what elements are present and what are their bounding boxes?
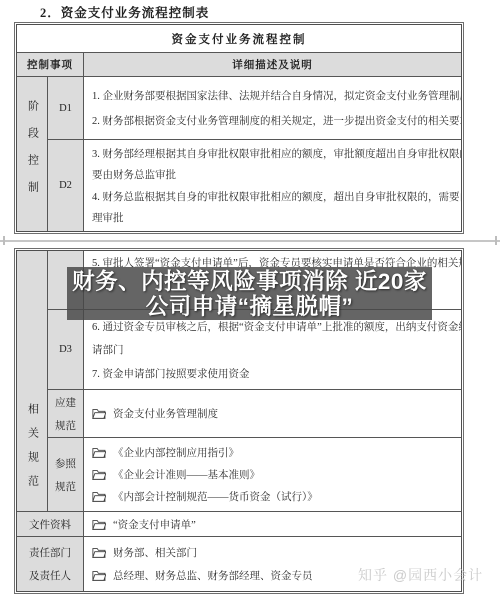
list-item: 资金支付业务管理制度 [92, 406, 455, 421]
table-title: 资金支付业务流程控制 [17, 25, 461, 53]
specs-yingjian-label: 应建 规范 [48, 390, 84, 438]
step-line: 要由财务总监审批 [92, 167, 455, 182]
header-description: 详细描述及说明 [84, 53, 461, 77]
stage-d1-label: D1 [48, 77, 84, 140]
label-line: 责任部门 [29, 545, 71, 560]
list-item: 《企业会计准则——基本准则》 [92, 467, 455, 482]
stage-d1-content: 1. 企业财务部要根据国家法律、法规并结合自身情况，拟定资金支付业务管理制度 2… [84, 77, 461, 140]
label-line: 规范 [55, 479, 76, 494]
step-line: 4. 财务总监根据其自身的审批权限审批相应的额度，超出自身审批权限的，需要由总经 [92, 189, 455, 204]
specs-group-cell: 相关规范 [17, 390, 48, 512]
doc-heading: 2．资金支付业务流程控制表 [40, 3, 209, 21]
specs-yingjian-content: 资金支付业务管理制度 [84, 390, 461, 438]
list-item-text: 总经理、财务总监、财务部经理、资金专员 [113, 568, 313, 583]
specs-canzhao-label: 参照 规范 [48, 438, 84, 512]
stage-d3-content: 6. 通过资金专员审核之后，根据“资金支付申请单”上批准的额度，出纳支付资金给申… [84, 310, 461, 390]
specs-group-label: 相关规范 [27, 403, 38, 499]
caption-line-2: 公司申请“摘星脱帽” [146, 294, 354, 319]
list-item-text: 资金支付业务管理制度 [113, 406, 218, 421]
stage-d2-content: 3. 财务部经理根据其自身审批权限审批相应的额度，审批额度超出自身审批权限的，需… [84, 140, 461, 231]
step-line: 请部门 [92, 342, 455, 357]
list-item-text: 《内部会计控制规范——货币资金（试行）》 [113, 489, 318, 504]
list-item-text: 财务部、相关部门 [113, 545, 197, 560]
responsible-label: 责任部门 及责任人 [17, 537, 84, 591]
step-line: 7. 资金申请部门按照要求使用资金 [92, 366, 455, 381]
folder-icon [92, 491, 106, 502]
folder-icon [92, 519, 106, 530]
list-item-text: 《企业内部控制应用指引》 [113, 445, 239, 460]
stage-group-label: 阶段控制 [27, 100, 38, 208]
page-break-line [0, 240, 500, 242]
stage-group-cell: 阶段控制 [17, 77, 48, 231]
list-item-text: 《企业会计准则——基本准则》 [113, 467, 260, 482]
list-item: 《企业内部控制应用指引》 [92, 445, 455, 460]
folder-icon [92, 447, 106, 458]
header-control-item: 控制事项 [17, 53, 84, 77]
label-line: 及责任人 [29, 568, 71, 583]
step-line: 6. 通过资金专员审核之后，根据“资金支付申请单”上批准的额度，出纳支付资金给申 [92, 319, 455, 334]
table-segment-1: 资金支付业务流程控制 控制事项 详细描述及说明 阶段控制 D1 1. 企业财务部… [16, 24, 462, 232]
step-line: 1. 企业财务部要根据国家法律、法规并结合自身情况，拟定资金支付业务管理制度 [92, 88, 455, 103]
list-item-text: “资金支付申请单” [113, 517, 196, 532]
list-item: 《内部会计控制规范——货币资金（试行）》 [92, 489, 455, 504]
page-break-tick-right [495, 236, 497, 245]
folder-icon [92, 547, 106, 558]
step-line: 理审批 [92, 210, 455, 225]
label-line: 应建 [55, 395, 76, 410]
step-line: 2. 财务部根据资金支付业务管理制度的相关规定，进一步提出资金支付的相关要求 [92, 113, 455, 128]
step-line: 3. 财务部经理根据其自身审批权限审批相应的额度，审批额度超出自身审批权限的，需 [92, 146, 455, 161]
zhihu-watermark: 知乎 @园西小会计 [358, 565, 483, 585]
list-item: “资金支付申请单” [92, 517, 455, 532]
folder-icon [92, 408, 106, 419]
folder-icon [92, 469, 106, 480]
page-break-tick-left [3, 236, 5, 245]
label-line: 规范 [55, 418, 76, 433]
specs-canzhao-content: 《企业内部控制应用指引》 《企业会计准则——基本准则》 《内部会计控制规范——货… [84, 438, 461, 512]
stage-d3-label: D3 [48, 310, 84, 390]
files-content: “资金支付申请单” [84, 512, 461, 537]
stage-group-cell-cont [17, 251, 48, 390]
label-line: 参照 [55, 456, 76, 471]
list-item: 财务部、相关部门 [92, 545, 455, 560]
caption-line-1: 财务、内控等风险事项消除 近20家 [72, 269, 427, 294]
folder-icon [92, 570, 106, 581]
files-label: 文件资料 [17, 512, 84, 537]
news-caption-overlay: 财务、内控等风险事项消除 近20家 公司申请“摘星脱帽” [67, 267, 432, 320]
stage-d2-label: D2 [48, 140, 84, 231]
